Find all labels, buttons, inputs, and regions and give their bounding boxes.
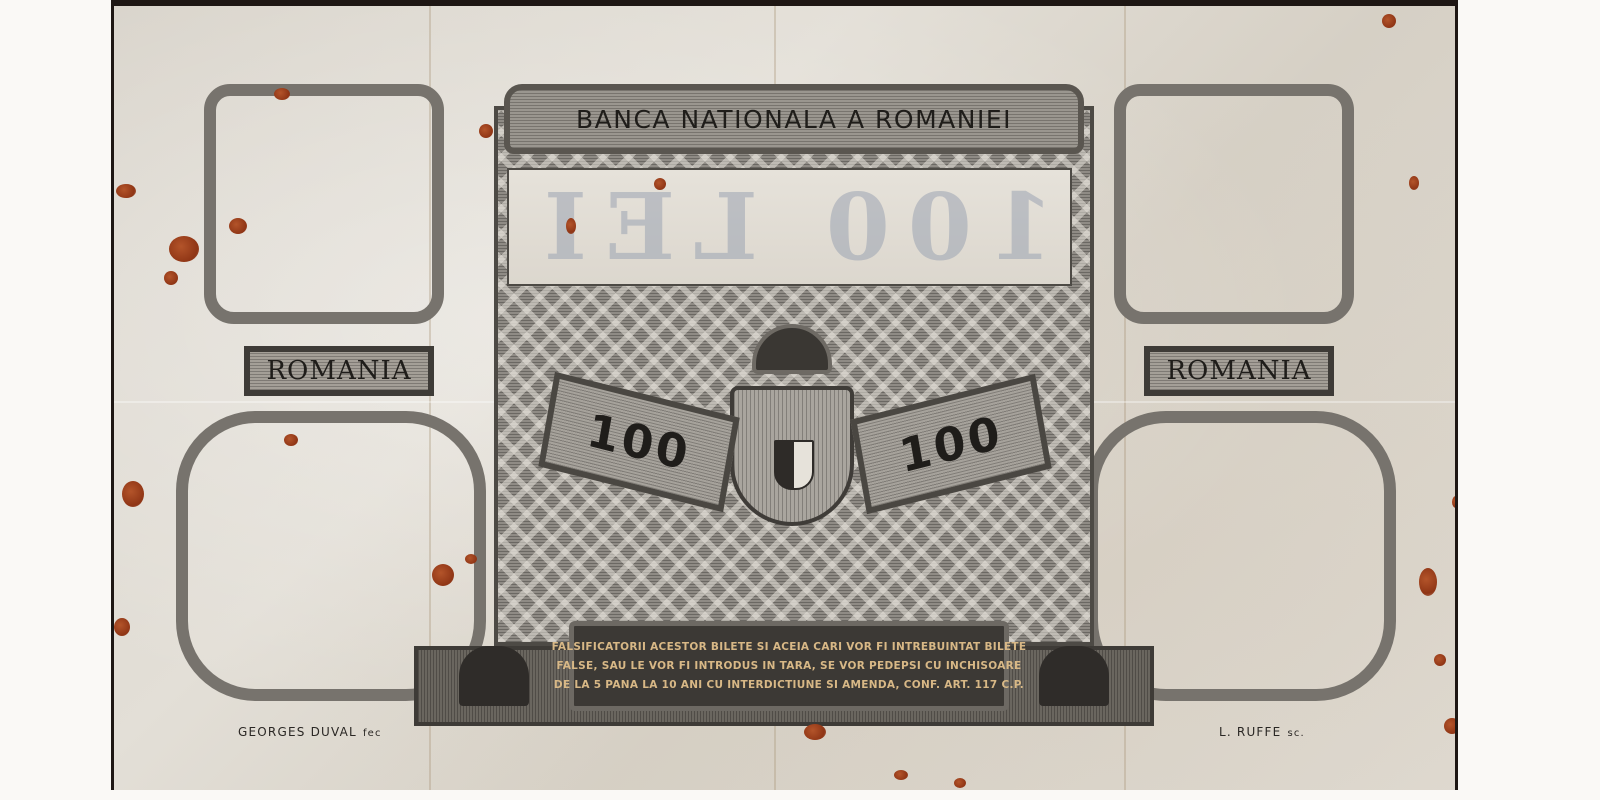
warning-line: FALSIFICATORII ACESTOR BILETE SI ACEIA C…	[552, 638, 1027, 657]
watermark-show-through-text: 100 LEI	[526, 173, 1054, 281]
stain	[1419, 568, 1437, 596]
warning-line: FALSE, SAU LE VOR FI INTRODUS IN TARA, S…	[556, 657, 1021, 676]
oval-frame-top-right	[1114, 84, 1354, 324]
stain	[1409, 176, 1419, 190]
issuer-ribbon: BANCA NATIONALA A ROMANIEI	[504, 84, 1084, 154]
oval-frame-top-left	[204, 84, 444, 324]
designer-name: GEORGES DUVAL	[238, 725, 357, 739]
stain	[1444, 718, 1458, 734]
image-canvas: BANCA NATIONALA A ROMANIEI 100 LEI 100 1…	[0, 0, 1600, 800]
stain	[1382, 14, 1396, 28]
stain	[229, 218, 247, 234]
country-name-left: ROMANIA	[266, 356, 411, 386]
base-ornament-dark-right	[1039, 646, 1109, 706]
stain	[116, 184, 136, 198]
stain	[566, 218, 576, 234]
stain	[114, 618, 130, 636]
designer-credit: GEORGES DUVALfec	[238, 725, 382, 739]
banknote: BANCA NATIONALA A ROMANIEI 100 LEI 100 1…	[111, 0, 1458, 790]
engraver-credit: L. RUFFEsc.	[1219, 725, 1305, 739]
designer-suffix: fec	[363, 728, 382, 739]
stain	[432, 564, 454, 586]
country-name-right: ROMANIA	[1166, 356, 1311, 386]
warning-line: DE LA 5 PANA LA 10 ANI CU INTERDICTIUNE …	[554, 676, 1024, 695]
stain	[654, 178, 666, 190]
stain	[479, 124, 493, 138]
stain	[894, 770, 908, 780]
stain	[804, 724, 826, 740]
watermark-window: 100 LEI	[507, 168, 1072, 286]
escutcheon-icon	[774, 440, 814, 490]
stain	[169, 236, 199, 262]
country-plate-left: ROMANIA	[244, 346, 434, 396]
stain	[274, 88, 290, 100]
stain	[284, 434, 298, 446]
counterfeit-warning-plate: FALSIFICATORII ACESTOR BILETE SI ACEIA C…	[569, 621, 1009, 711]
stain	[164, 271, 178, 285]
base-ornament-dark-left	[459, 646, 529, 706]
stain	[954, 778, 966, 788]
engraver-name: L. RUFFE	[1219, 725, 1281, 739]
coat-of-arms-icon	[730, 386, 854, 526]
issuer-title: BANCA NATIONALA A ROMANIEI	[576, 105, 1012, 134]
stain	[122, 481, 144, 507]
country-plate-right: ROMANIA	[1144, 346, 1334, 396]
stain	[465, 554, 477, 564]
stain	[1434, 654, 1446, 666]
denomination-right: 100	[895, 405, 1007, 484]
stain	[1452, 496, 1458, 508]
denomination-left: 100	[583, 403, 695, 482]
engraver-suffix: sc.	[1287, 728, 1305, 739]
